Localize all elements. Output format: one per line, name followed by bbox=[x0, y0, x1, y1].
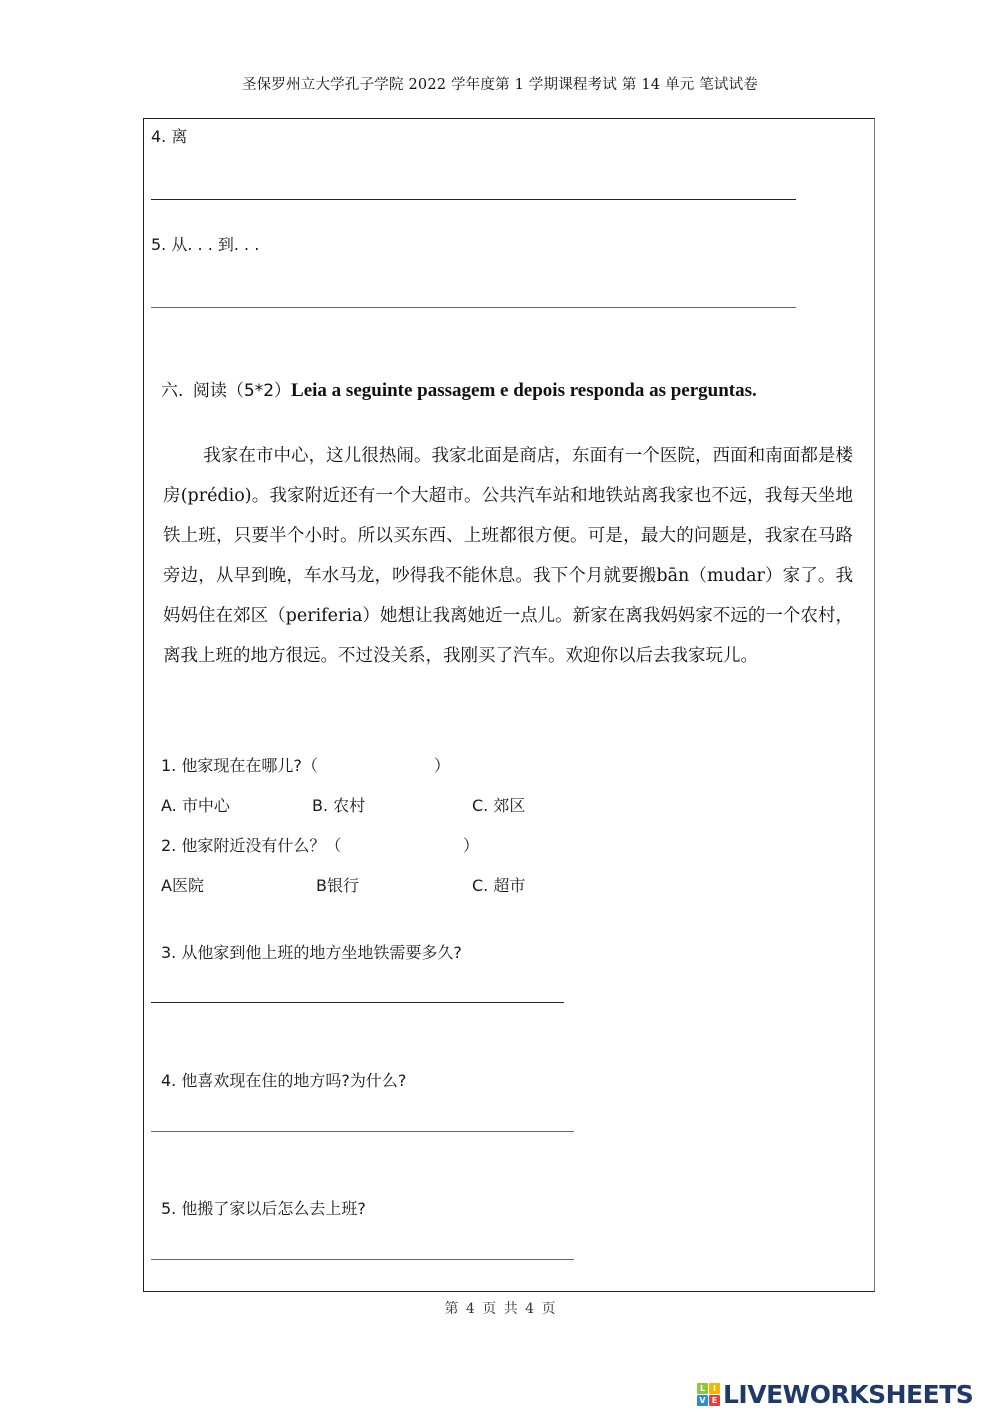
section-title-cn: 阅读（5*2） bbox=[193, 381, 291, 401]
liveworksheets-brand[interactable]: L I V E LIVEWORKSHEETS bbox=[697, 1378, 973, 1410]
question-2-close-paren: ） bbox=[463, 833, 479, 856]
logo-tile-e: E bbox=[709, 1395, 720, 1406]
question-1-answer-blank[interactable] bbox=[382, 753, 434, 773]
question-1-option-a[interactable]: A. 市中心 bbox=[161, 793, 230, 816]
section-number: 六. bbox=[161, 381, 183, 401]
sentence-item-5: 5. 从. . . 到. . . bbox=[151, 232, 259, 255]
sentence-item-4: 4. 离 bbox=[151, 124, 187, 147]
question-1: 1. 他家现在在哪儿?（ bbox=[161, 753, 318, 776]
question-5-prompt: 5. 他搬了家以后怎么去上班? bbox=[161, 1196, 366, 1219]
question-1-close-paren: ） bbox=[434, 753, 450, 776]
question-2-option-c[interactable]: C. 超市 bbox=[472, 873, 525, 896]
logo-tile-l: L bbox=[697, 1383, 708, 1394]
exam-header: 圣保罗州立大学孔子学院 2022 学年度第 1 学期课程考试 第 14 单元 笔… bbox=[0, 73, 1000, 94]
answer-line-question-5[interactable] bbox=[151, 1259, 574, 1260]
exam-frame bbox=[143, 118, 875, 1292]
question-2: 2. 他家附近没有什么？（ bbox=[161, 833, 341, 856]
question-1-option-c[interactable]: C. 郊区 bbox=[472, 793, 525, 816]
question-2-answer-blank[interactable] bbox=[388, 833, 462, 853]
question-1-prompt: 1. 他家现在在哪儿?（ bbox=[161, 756, 318, 775]
answer-line-question-4[interactable] bbox=[151, 1131, 574, 1132]
question-1-option-b[interactable]: B. 农村 bbox=[312, 793, 365, 816]
live-logo-icon: L I V E bbox=[697, 1383, 720, 1406]
logo-tile-i: I bbox=[709, 1383, 720, 1394]
section-title-pt: Leia a seguinte passagem e depois respon… bbox=[291, 380, 757, 401]
page-number: 第 4 页 共 4 页 bbox=[0, 1298, 1000, 1318]
logo-tile-v: V bbox=[697, 1395, 708, 1406]
question-2-option-a[interactable]: A医院 bbox=[161, 873, 204, 896]
section-title-reading: 六. 阅读（5*2）Leia a seguinte passagem e dep… bbox=[161, 376, 757, 402]
answer-line-question-3[interactable] bbox=[151, 1002, 564, 1003]
reading-passage: 我家在市中心，这儿很热闹。我家北面是商店，东面有一个医院，西面和南面都是楼房(p… bbox=[163, 436, 853, 676]
question-2-option-b[interactable]: B银行 bbox=[316, 873, 359, 896]
question-4-prompt: 4. 他喜欢现在住的地方吗?为什么? bbox=[161, 1068, 406, 1091]
brand-wordmark: LIVEWORKSHEETS bbox=[723, 1380, 973, 1409]
answer-line-sentence-4[interactable] bbox=[151, 199, 796, 200]
question-3-prompt: 3. 从他家到他上班的地方坐地铁需要多久? bbox=[161, 940, 462, 963]
answer-line-sentence-5[interactable] bbox=[151, 307, 796, 308]
question-2-prompt: 2. 他家附近没有什么？（ bbox=[161, 836, 341, 855]
